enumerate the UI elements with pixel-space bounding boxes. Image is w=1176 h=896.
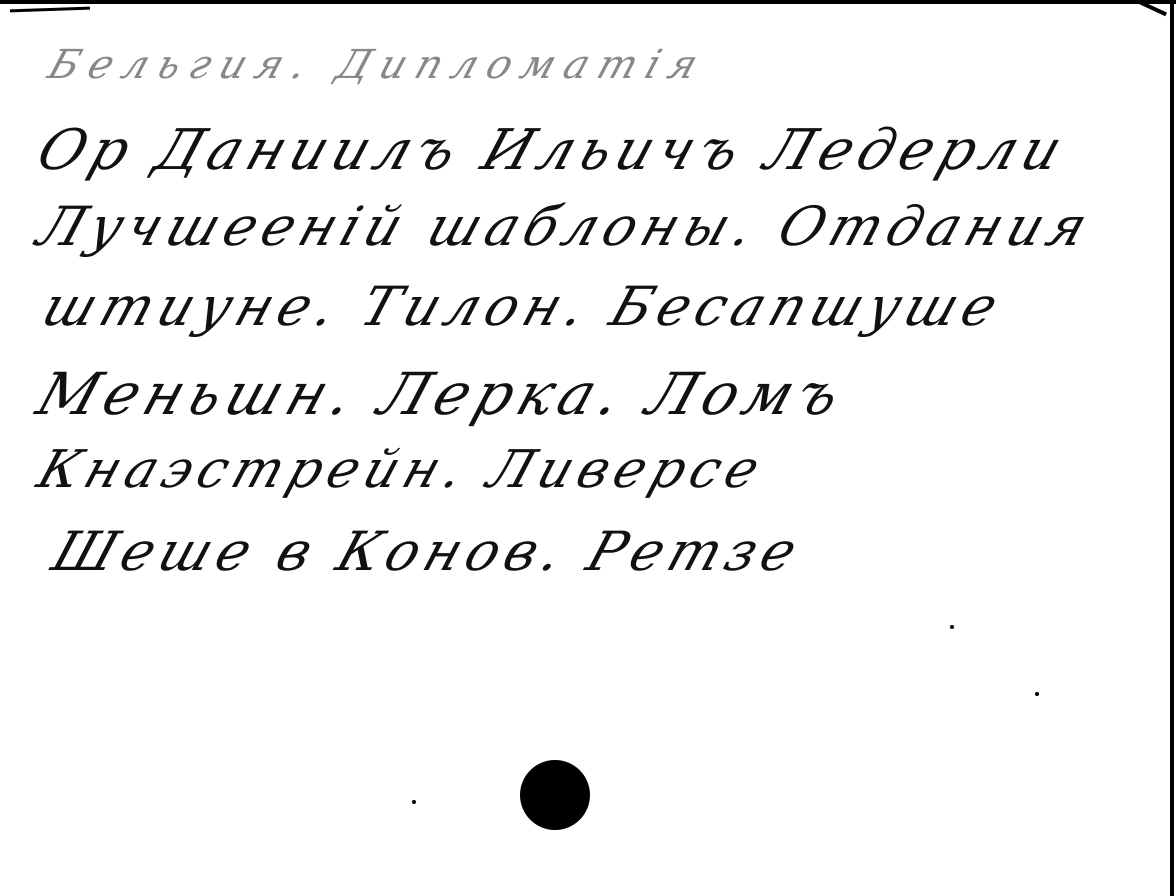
hole-punch-dot [520,760,590,830]
ink-speck [1035,692,1039,696]
ink-speck [950,625,954,629]
handwritten-line: Шеше в Конов. Ретзе [45,520,811,583]
card-right-edge [1170,0,1174,896]
handwritten-line: Меньшн. Лерка. Ломъ [29,360,855,428]
handwritten-line: Кнаэстрейн. Ливерсе [30,440,773,500]
handwritten-line: Лучшееній шаблоны. Отдания [30,195,1101,258]
handwritten-line: штиуне. Тилон. Бесапшуше [35,275,1012,338]
ink-speck [412,800,416,804]
card-top-edge [0,0,1176,4]
handwritten-line: Ор Даниилъ Ильичъ Ледерли [29,118,1075,183]
handwritten-card: Бельгия. Дипломатія Ор Даниилъ Ильичъ Ле… [0,0,1176,896]
card-edge-mark [10,7,90,13]
handwritten-line-heading: Бельгия. Дипломатія [43,42,714,88]
